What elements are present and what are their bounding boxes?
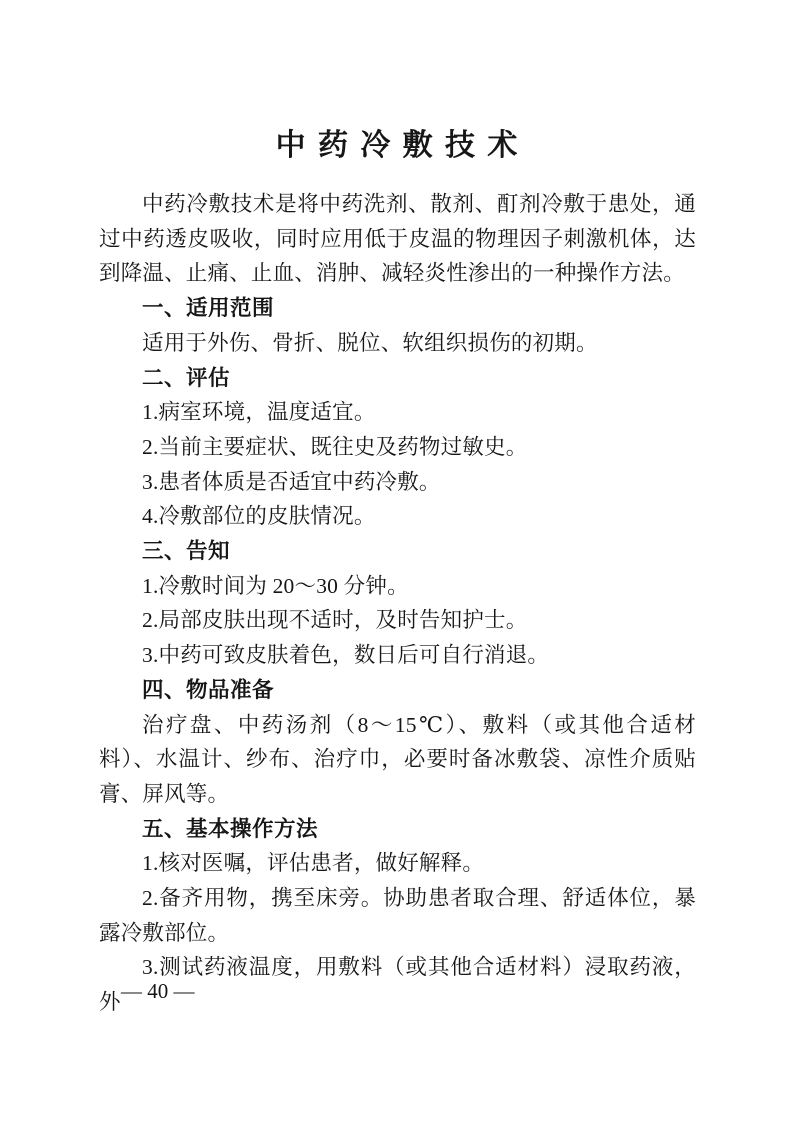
section-paragraph: 3.中药可致皮肤着色，数日后可自行消退。 [99,638,696,673]
section-paragraph: 1.核对医嘱，评估患者，做好解释。 [99,846,696,881]
section-paragraph: 3.患者体质是否适宜中药冷敷。 [99,465,696,500]
document-page: 中 药 冷 敷 技 术 中药冷敷技术是将中药洗剂、散剂、酊剂冷敷于患处，通过中药… [0,0,793,1122]
section-paragraph: 2.备齐用物，携至床旁。协助患者取合理、舒适体位，暴露冷敷部位。 [99,881,696,950]
section-paragraph: 1.冷敷时间为 20～30 分钟。 [99,569,696,604]
page-title: 中 药 冷 敷 技 术 [99,126,696,166]
section-paragraph: 适用于外伤、骨折、脱位、软组织损伤的初期。 [99,326,696,361]
section-paragraph: 1.病室环境，温度适宜。 [99,395,696,430]
section-heading-assessment: 二、评估 [99,361,696,396]
section-paragraph: 2.局部皮肤出现不适时，及时告知护士。 [99,603,696,638]
document-content: 中 药 冷 敷 技 术 中药冷敷技术是将中药洗剂、散剂、酊剂冷敷于患处，通过中药… [99,126,696,1020]
page-number: — 40 — [121,977,195,1005]
section-paragraph: 2.当前主要症状、既往史及药物过敏史。 [99,430,696,465]
section-paragraph: 治疗盘、中药汤剂（8～15℃）、敷料（或其他合适材料）、水温计、纱布、治疗巾，必… [99,708,696,812]
section-heading-inform: 三、告知 [99,534,696,569]
section-heading-supplies: 四、物品准备 [99,673,696,708]
section-heading-scope: 一、适用范围 [99,291,696,326]
section-paragraph: 4.冷敷部位的皮肤情况。 [99,499,696,534]
section-heading-procedure: 五、基本操作方法 [99,812,696,847]
intro-paragraph: 中药冷敷技术是将中药洗剂、散剂、酊剂冷敷于患处，通过中药透皮吸收，同时应用低于皮… [99,187,696,291]
